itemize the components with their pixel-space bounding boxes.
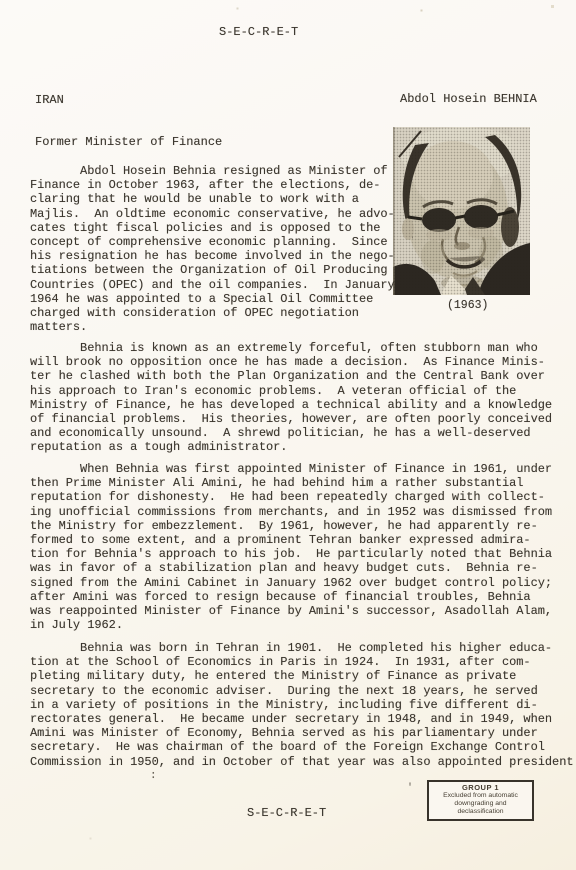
paragraph-reputation: When Behnia was first appointed Minister… [30, 462, 552, 632]
classification-footer: S-E-C-R-E-T [247, 806, 326, 820]
document-page: S-E-C-R-E-T IRAN Abdol Hosein BEHNIA For… [0, 0, 576, 870]
country-label: IRAN [35, 93, 64, 107]
stamp-text-line-2: downgrading and [430, 800, 531, 808]
paper-speckles [0, 0, 1, 1]
classification-header: S-E-C-R-E-T [219, 25, 298, 39]
paragraph-resignation: Abdol Hosein Behnia resigned as Minister… [30, 164, 395, 334]
portrait-photo [393, 127, 530, 295]
portrait-photo-illustration [393, 127, 530, 295]
photo-caption: (1963) [447, 299, 488, 313]
group1-declassification-stamp: GROUP 1 Excluded from automatic downgrad… [427, 780, 534, 821]
document-title: Former Minister of Finance [35, 135, 222, 149]
paragraph-biography: Behnia was born in Tehran in 1901. He co… [30, 641, 574, 769]
subject-name: Abdol Hosein BEHNIA [400, 92, 537, 106]
stamp-text-line-3: declassification [430, 808, 531, 816]
stamp-text-line-1: Excluded from automatic [430, 792, 531, 800]
stamp-group-label: GROUP 1 [430, 783, 531, 792]
stray-typewriter-mark: : [150, 769, 157, 783]
stamp-tick-mark: ' [407, 782, 413, 796]
paragraph-character: Behnia is known as an extremely forceful… [30, 341, 552, 455]
